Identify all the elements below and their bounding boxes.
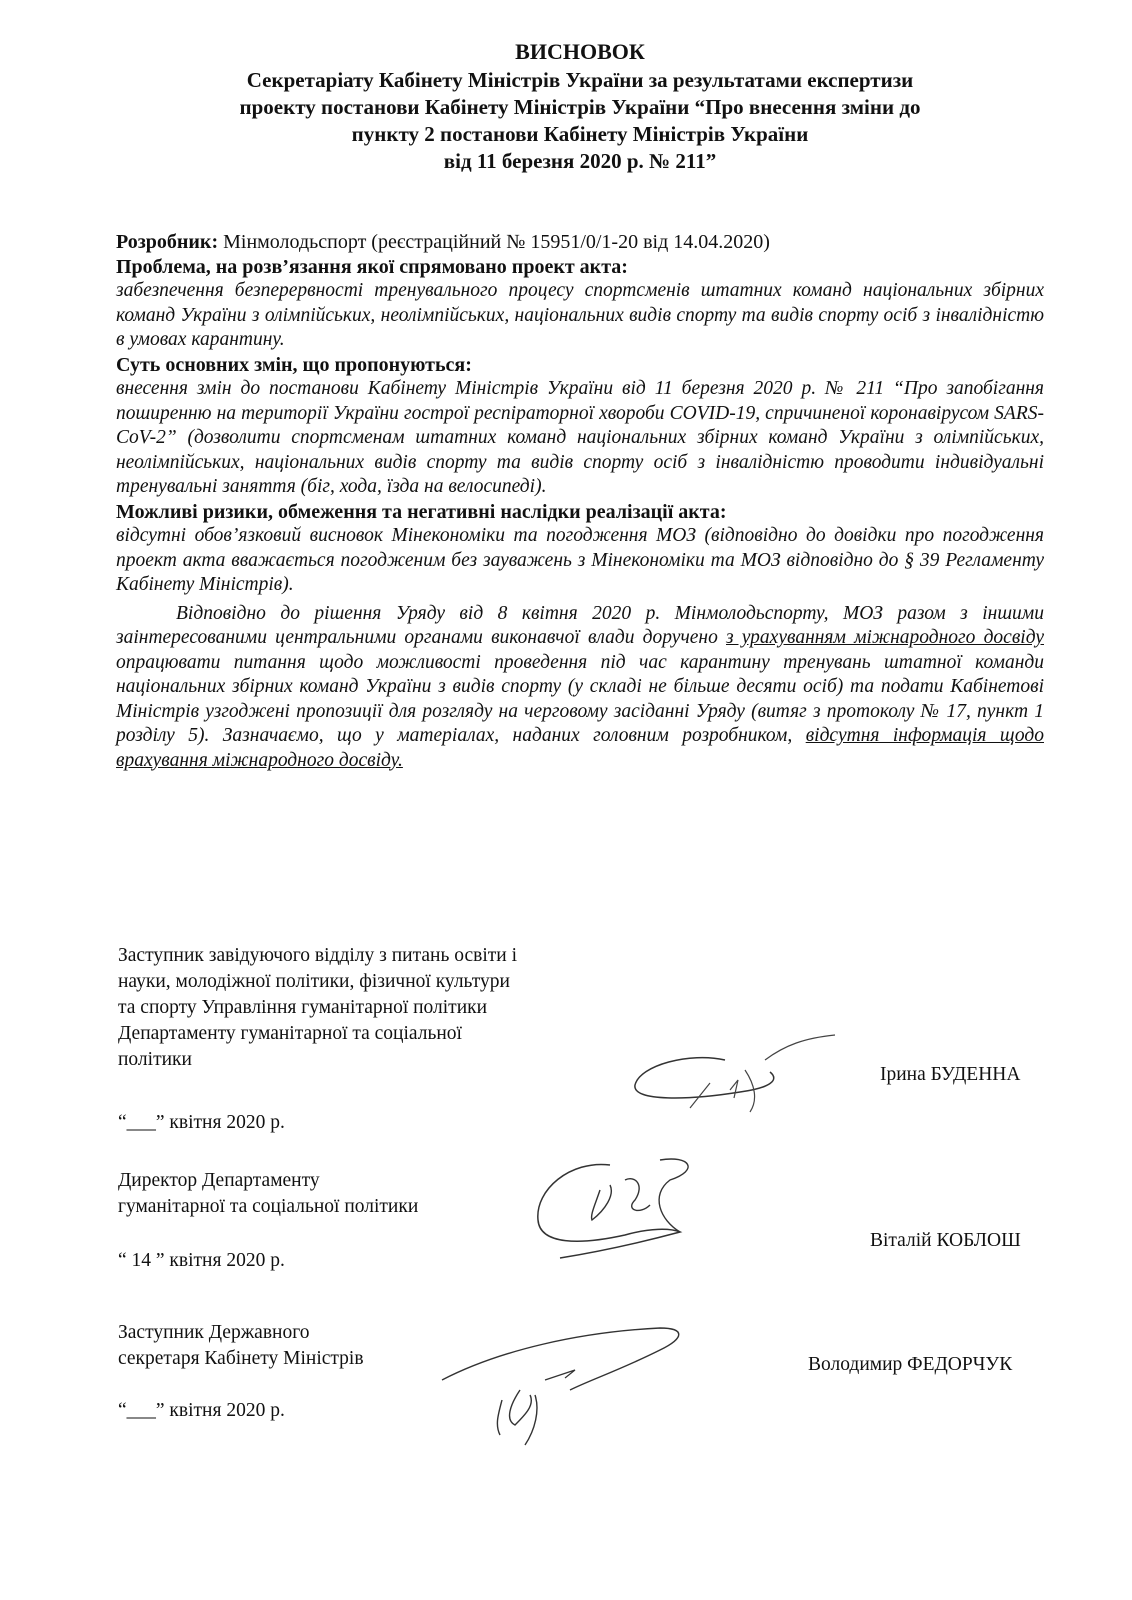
changes-heading: Суть основних змін, що пропонуються: [116, 353, 1044, 378]
developer-row: Розробник: Мінмолодьспорт (реєстраційний… [116, 230, 1044, 255]
document-title: ВИСНОВОК [120, 38, 1040, 65]
developer-label: Розробник: [116, 231, 218, 253]
signatory-2-name: Віталій КОБЛОШ [870, 1230, 1021, 1252]
changes-text: внесення змін до постанови Кабінету Міні… [116, 377, 1044, 500]
subtitle-line-2: проекту постанови Кабінету Міністрів Укр… [120, 94, 1040, 121]
closing-paragraph: Відповідно до рішення Уряду від 8 квітня… [116, 602, 1044, 774]
signatory-1-position: Заступник завідуючого відділу з питань о… [118, 943, 598, 1073]
problem-text: забезпечення безперервності тренувальног… [116, 279, 1044, 353]
document-title-block: ВИСНОВОК Секретаріату Кабінету Міністрів… [120, 38, 1040, 175]
signatory-1-date: “___” квітня 2020 р. [118, 1112, 285, 1134]
signatory-2-position: Директор Департаменту гуманітарної та со… [118, 1168, 598, 1220]
signatory-1-name: Ірина БУДЕННА [880, 1064, 1020, 1086]
signatory-3-date: “___” квітня 2020 р. [118, 1400, 285, 1422]
position-line: політики [118, 1047, 598, 1073]
position-line: науки, молодіжної політики, фізичної кул… [118, 969, 598, 995]
position-line: гуманітарної та соціальної політики [118, 1194, 598, 1220]
position-line: Департаменту гуманітарної та соціальної [118, 1021, 598, 1047]
subtitle-line-1: Секретаріату Кабінету Міністрів України … [120, 67, 1040, 94]
developer-value: Мінмолодьспорт (реєстраційний № 15951/0/… [223, 231, 770, 253]
subtitle-line-4: від 11 березня 2020 р. № 211” [120, 148, 1040, 175]
document-body: Розробник: Мінмолодьспорт (реєстраційний… [116, 230, 1044, 773]
signature-2-icon [530, 1150, 710, 1270]
risks-text: відсутні обов’язковий висновок Мінеконом… [116, 524, 1044, 598]
position-line: Директор Департаменту [118, 1168, 598, 1194]
position-line: Заступник завідуючого відділу з питань о… [118, 943, 598, 969]
closing-underlined-1: з урахуванням міжнародного досвіду [726, 627, 1044, 648]
risks-heading: Можливі ризики, обмеження та негативні н… [116, 500, 1044, 525]
signature-3-icon [440, 1320, 700, 1450]
subtitle-line-3: пункту 2 постанови Кабінету Міністрів Ук… [120, 121, 1040, 148]
problem-heading: Проблема, на розв’язання якої спрямовано… [116, 255, 1044, 280]
signatory-3-name: Володимир ФЕДОРЧУК [808, 1354, 1012, 1376]
position-line: та спорту Управління гуманітарної політи… [118, 995, 598, 1021]
signatory-2-date: “ 14 ” квітня 2020 р. [118, 1250, 285, 1272]
signature-1-icon [630, 1030, 840, 1120]
